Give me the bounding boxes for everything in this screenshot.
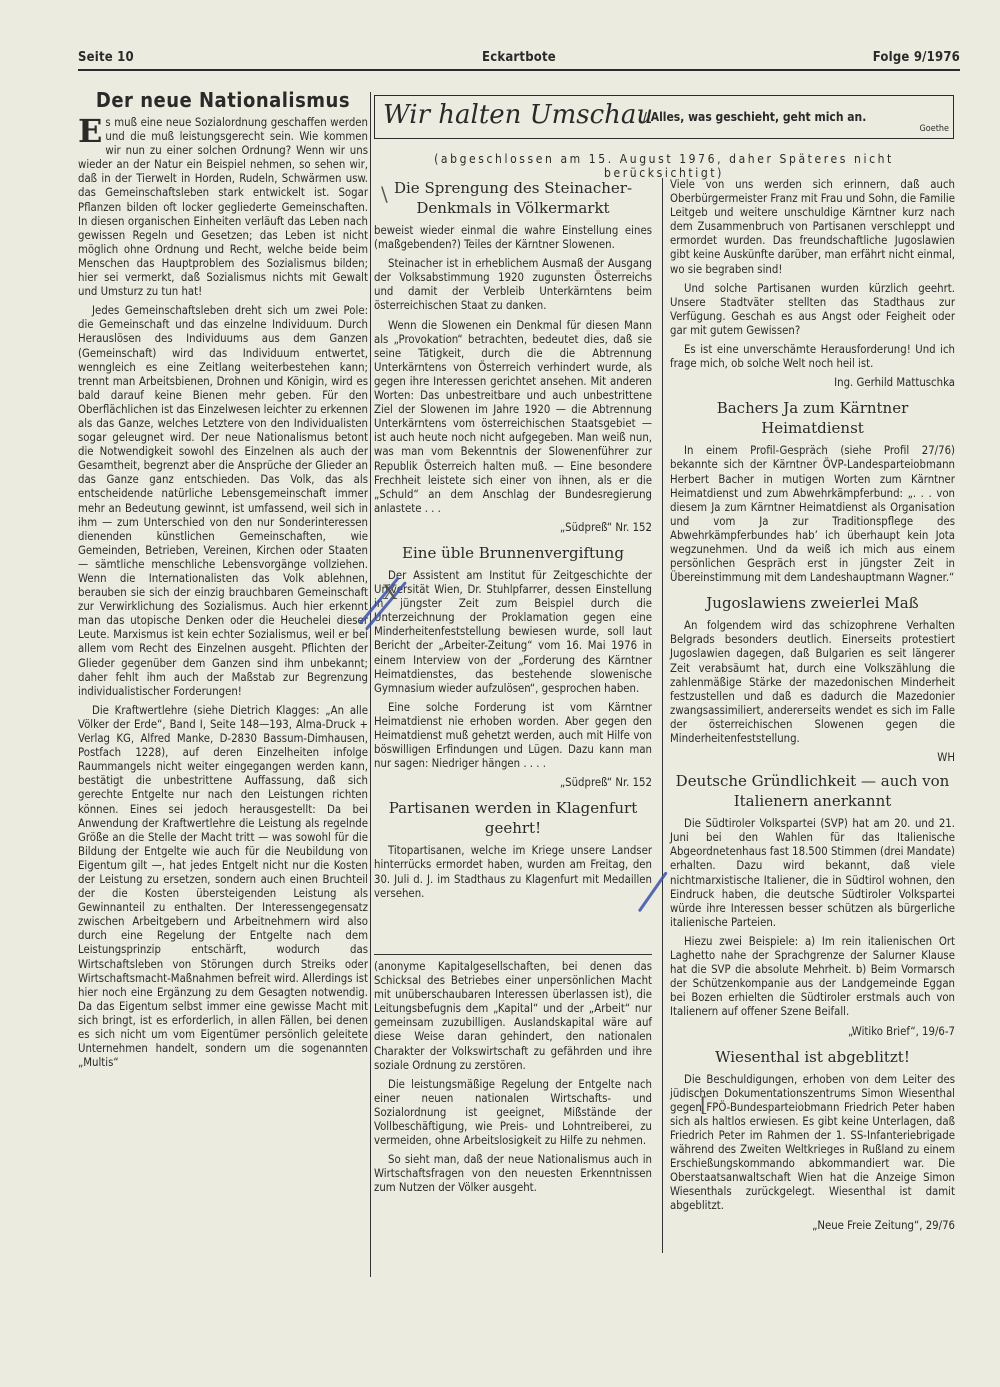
article-title: Jugoslawiens zweierlei Maß <box>670 593 955 613</box>
umschau-motto: / Alles, was geschieht, geht mich an. <box>643 110 866 124</box>
source-citation: „Südpreß“ Nr. 152 <box>374 521 652 535</box>
paragraph: Die Beschuldigungen, erhoben von dem Lei… <box>670 1073 955 1214</box>
margin-check-mark: X <box>383 580 397 604</box>
article-title: Deutsche Gründlichkeit — auch von Italie… <box>670 771 955 811</box>
article-title: Eine üble Brunnenvergiftung <box>374 543 652 563</box>
paragraph: Hiezu zwei Beispiele: a) Im rein italien… <box>670 935 955 1020</box>
column-divider <box>662 178 663 1253</box>
paragraph: Steinacher ist in erheblichem Ausmaß der… <box>374 257 652 313</box>
column-middle: Die Sprengung des Steinacher-Denkmals in… <box>374 178 652 901</box>
source-citation: „Neue Freie Zeitung“, 29/76 <box>670 1219 955 1233</box>
paragraph: Die Kraftwertlehre (siehe Dietrich Klagg… <box>78 704 368 1070</box>
paragraph: Und solche Partisanen wurden kürzlich ge… <box>670 282 955 338</box>
paragraph: In einem Profil-Gespräch (siehe Profil 2… <box>670 444 955 585</box>
paragraph: Titopartisanen, welche im Kriege unsere … <box>374 844 652 900</box>
drop-cap: E <box>78 117 102 145</box>
paragraph: Wenn die Slowenen ein Denkmal für diesen… <box>374 319 652 516</box>
margin-check-mark: [ <box>700 1092 708 1116</box>
motto-author: Goethe <box>919 124 949 134</box>
article-title: Partisanen werden in Klagenfurt geehrt! <box>374 798 652 838</box>
newspaper-page: Seite 10 Eckartbote Folge 9/1976 Der neu… <box>78 0 960 1387</box>
paragraph: Jedes Gemeinschaftsleben dreht sich um z… <box>78 304 368 699</box>
source-citation: „Südpreß“ Nr. 152 <box>374 776 652 790</box>
margin-check-mark: \ <box>381 182 388 206</box>
column-left: Der neue Nationalismus Es muß eine neue … <box>78 90 368 1070</box>
column-divider <box>370 92 371 1277</box>
author-signature: Ing. Gerhild Mattuschka <box>670 376 955 390</box>
paragraph: beweist wieder einmal die wahre Einstell… <box>374 224 652 252</box>
paragraph: Es ist eine unverschämte Herausforderung… <box>670 343 955 371</box>
paragraph: So sieht man, daß der neue Nationalismus… <box>374 1153 652 1195</box>
paragraph: Die Südtiroler Volkspartei (SVP) hat am … <box>670 817 955 930</box>
paragraph: Es muß eine neue Sozialordnung geschaffe… <box>78 116 368 299</box>
author-initials: WH <box>670 751 955 765</box>
paragraph: Viele von uns werden sich erinnern, daß … <box>670 178 955 277</box>
umschau-title: Wir halten Umschau <box>383 100 653 130</box>
running-header: Seite 10 Eckartbote Folge 9/1976 <box>78 50 960 70</box>
section-rule <box>374 954 652 955</box>
column-right: Viele von uns werden sich erinnern, daß … <box>670 178 955 1233</box>
paragraph: An folgendem wird das schizophrene Verha… <box>670 619 955 746</box>
paragraph: Die leistungsmäßige Regelung der Entgelt… <box>374 1078 652 1148</box>
column-middle-continuation: (anonyme Kapitalgesellschaften, bei dene… <box>374 960 652 1196</box>
publication-name: Eckartbote <box>78 50 960 65</box>
article-title: Die Sprengung des Steinacher-Denkmals in… <box>374 178 652 218</box>
paragraph: Der Assistent am Institut für Zeitgeschi… <box>374 569 652 696</box>
umschau-header-box: Wir halten Umschau / Alles, was geschieh… <box>374 95 954 139</box>
issue-number: Folge 9/1976 <box>873 50 960 65</box>
header-rule <box>78 69 960 71</box>
article-title-nationalismus: Der neue Nationalismus <box>78 90 368 110</box>
article-title: Bachers Ja zum Kärntner Heimatdienst <box>670 398 955 438</box>
article-title: Wiesenthal ist abgeblitzt! <box>670 1047 955 1067</box>
paragraph: Eine solche Forderung ist vom Kärntner H… <box>374 701 652 771</box>
closing-note: (abgeschlossen am 15. August 1976, daher… <box>374 152 954 180</box>
source-citation: „Witiko Brief“, 19/6-7 <box>670 1025 955 1039</box>
paragraph: (anonyme Kapitalgesellschaften, bei dene… <box>374 960 652 1073</box>
